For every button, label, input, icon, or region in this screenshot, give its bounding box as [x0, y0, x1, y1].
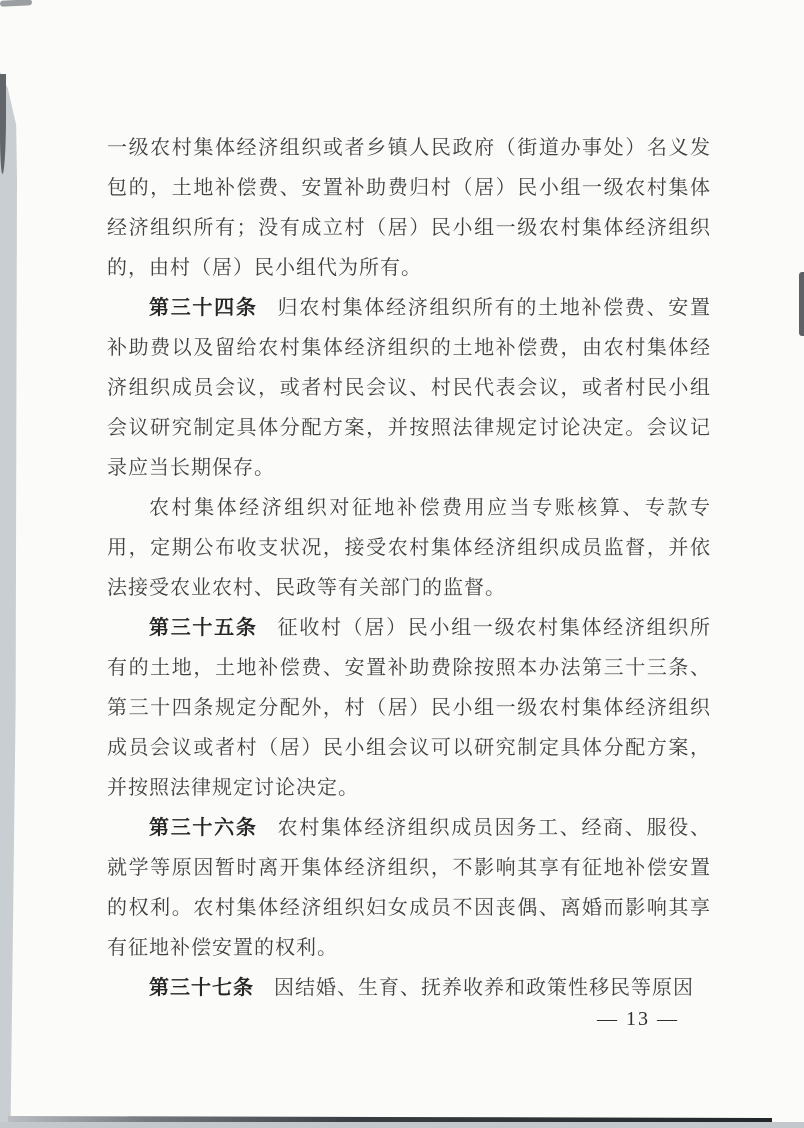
text-line: 就学等原因暂时离开集体经济组织，不影响其享有征地补偿安置 [107, 848, 711, 888]
line-text: 的，由村（居）民小组代为所有。 [107, 257, 422, 279]
line-text: 就学等原因暂时离开集体经济组织，不影响其享有征地补偿安置 [107, 857, 711, 879]
text-line: 录应当长期保存。 [107, 448, 711, 488]
text-line: 的，由村（居）民小组代为所有。 [107, 248, 711, 288]
line-text: 有的土地，土地补偿费、安置补助费除按照本办法第三十三条、 [107, 657, 711, 679]
text-line: 有征地补偿安置的权利。 [107, 928, 711, 968]
article-number: 第三十六条 [149, 817, 258, 839]
line-text: 会议研究制定具体分配方案，并按照法律规定讨论决定。会议记 [107, 417, 711, 439]
line-text: 农村集体经济组织对征地补偿费用应当专账核算、专款专 [149, 497, 711, 519]
text-line: 农村集体经济组织对征地补偿费用应当专账核算、专款专 [107, 488, 711, 528]
text-line: 包的，土地补偿费、安置补助费归村（居）民小组一级农村集体 [107, 168, 711, 208]
line-text: 法接受农业农村、民政等有关部门的监督。 [107, 577, 506, 599]
line-text: 补助费以及留给农村集体经济组织的土地补偿费，由农村集体经 [107, 337, 711, 359]
scan-edge-bottom-strip [0, 1122, 804, 1128]
scanned-page: 一级农村集体经济组织或者乡镇人民政府（街道办事处）名义发包的，土地补偿费、安置补… [0, 0, 804, 1128]
line-text: 征收村（居）民小组一级农村集体经济组织所 [278, 617, 711, 639]
line-text: 的权利。农村集体经济组织妇女成员不因丧偶、离婚而影响其享 [107, 897, 711, 919]
article-number: 第三十四条 [149, 297, 258, 319]
line-text: 成员会议或者村（居）民小组会议可以研究制定具体分配方案， [107, 737, 711, 759]
line-text: 济组织成员会议，或者村民会议、村民代表会议，或者村民小组 [107, 377, 711, 399]
text-line: 会议研究制定具体分配方案，并按照法律规定讨论决定。会议记 [107, 408, 711, 448]
line-text: 包的，土地补偿费、安置补助费归村（居）民小组一级农村集体 [107, 177, 711, 199]
text-line: 法接受农业农村、民政等有关部门的监督。 [107, 568, 711, 608]
document-body: 一级农村集体经济组织或者乡镇人民政府（街道办事处）名义发包的，土地补偿费、安置补… [107, 128, 711, 1008]
scan-edge-right-sliver [799, 272, 804, 336]
scan-edge-top-mark [0, 0, 32, 7]
line-text: 经济组织所有；没有成立村（居）民小组一级农村集体经济组织 [107, 217, 711, 239]
text-line: 第三十四条归农村集体经济组织所有的土地补偿费、安置 [107, 288, 711, 328]
text-line: 第三十五条征收村（居）民小组一级农村集体经济组织所 [107, 608, 711, 648]
text-line: 并按照法律规定讨论决定。 [107, 768, 711, 808]
page-number: — 13 — [593, 1008, 683, 1031]
text-line: 第三十四条规定分配外，村（居）民小组一级农村集体经济组织 [107, 688, 711, 728]
article-number: 第三十七条 [149, 977, 254, 999]
line-text: 并按照法律规定讨论决定。 [107, 777, 359, 799]
scan-edge-left-strip [0, 72, 17, 1128]
line-text: 农村集体经济组织成员因务工、经商、服役、 [278, 817, 711, 839]
text-line: 的权利。农村集体经济组织妇女成员不因丧偶、离婚而影响其享 [107, 888, 711, 928]
text-line: 济组织成员会议，或者村民会议、村民代表会议，或者村民小组 [107, 368, 711, 408]
line-text: 用，定期公布收支状况，接受农村集体经济组织成员监督，并依 [107, 537, 711, 559]
line-text: 一级农村集体经济组织或者乡镇人民政府（街道办事处）名义发 [107, 137, 711, 159]
text-line: 成员会议或者村（居）民小组会议可以研究制定具体分配方案， [107, 728, 711, 768]
text-line: 经济组织所有；没有成立村（居）民小组一级农村集体经济组织 [107, 208, 711, 248]
article-number: 第三十五条 [149, 617, 258, 639]
text-line: 有的土地，土地补偿费、安置补助费除按照本办法第三十三条、 [107, 648, 711, 688]
line-text: 有征地补偿安置的权利。 [107, 937, 338, 959]
text-line: 第三十六条农村集体经济组织成员因务工、经商、服役、 [107, 808, 711, 848]
line-text: 归农村集体经济组织所有的土地补偿费、安置 [278, 297, 711, 319]
text-line: 第三十七条因结婚、生育、抚养收养和政策性移民等原因 [107, 968, 711, 1008]
text-line: 用，定期公布收支状况，接受农村集体经济组织成员监督，并依 [107, 528, 711, 568]
line-text: 因结婚、生育、抚养收养和政策性移民等原因 [274, 977, 694, 999]
text-line: 一级农村集体经济组织或者乡镇人民政府（街道办事处）名义发 [107, 128, 711, 168]
text-line: 补助费以及留给农村集体经济组织的土地补偿费，由农村集体经 [107, 328, 711, 368]
line-text: 第三十四条规定分配外，村（居）民小组一级农村集体经济组织 [107, 697, 711, 719]
line-text: 录应当长期保存。 [107, 457, 275, 479]
